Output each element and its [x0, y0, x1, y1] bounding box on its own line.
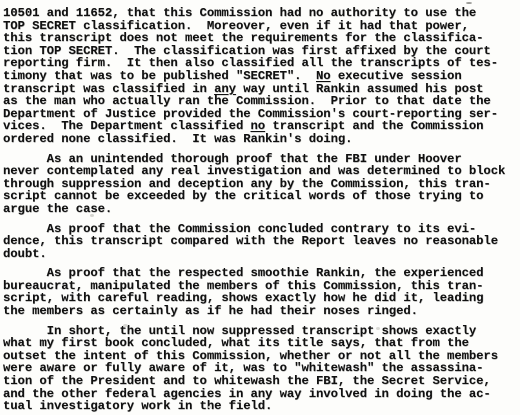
paragraph: 10501 and 11652, that this Commission ha…	[3, 7, 518, 146]
text-run: tual investigatory work in the field.	[3, 399, 272, 413]
text-run: argue the case.	[3, 202, 112, 216]
text-line: the members as certainly as if he had th…	[3, 305, 518, 318]
scan-speck-artifact	[466, 2, 472, 4]
text-line: dence, this transcript compared with the…	[3, 235, 518, 248]
document-page: 10501 and 11652, that this Commission ha…	[0, 0, 520, 415]
text-line: doubt.	[3, 248, 518, 261]
text-run: dence, this transcript compared with the…	[3, 234, 498, 248]
paragraph: In short, the until now suppressed trans…	[3, 325, 518, 413]
text-run: ordered none classified. It was Rankin's…	[3, 132, 352, 146]
text-line: tual investigatory work in the field.	[3, 400, 518, 413]
paragraph: As proof that the respected smoothie Ran…	[3, 267, 518, 317]
paragraph: As an unintended thorough proof that the…	[3, 153, 518, 216]
paragraph: As proof that the Commission concluded c…	[3, 223, 518, 261]
text-line: argue the case.	[3, 203, 518, 216]
text-line: ordered none classified. It was Rankin's…	[3, 133, 518, 146]
text-run: doubt.	[3, 247, 47, 261]
document-text: 10501 and 11652, that this Commission ha…	[3, 7, 518, 413]
text-run: the members as certainly as if he had th…	[3, 304, 418, 318]
